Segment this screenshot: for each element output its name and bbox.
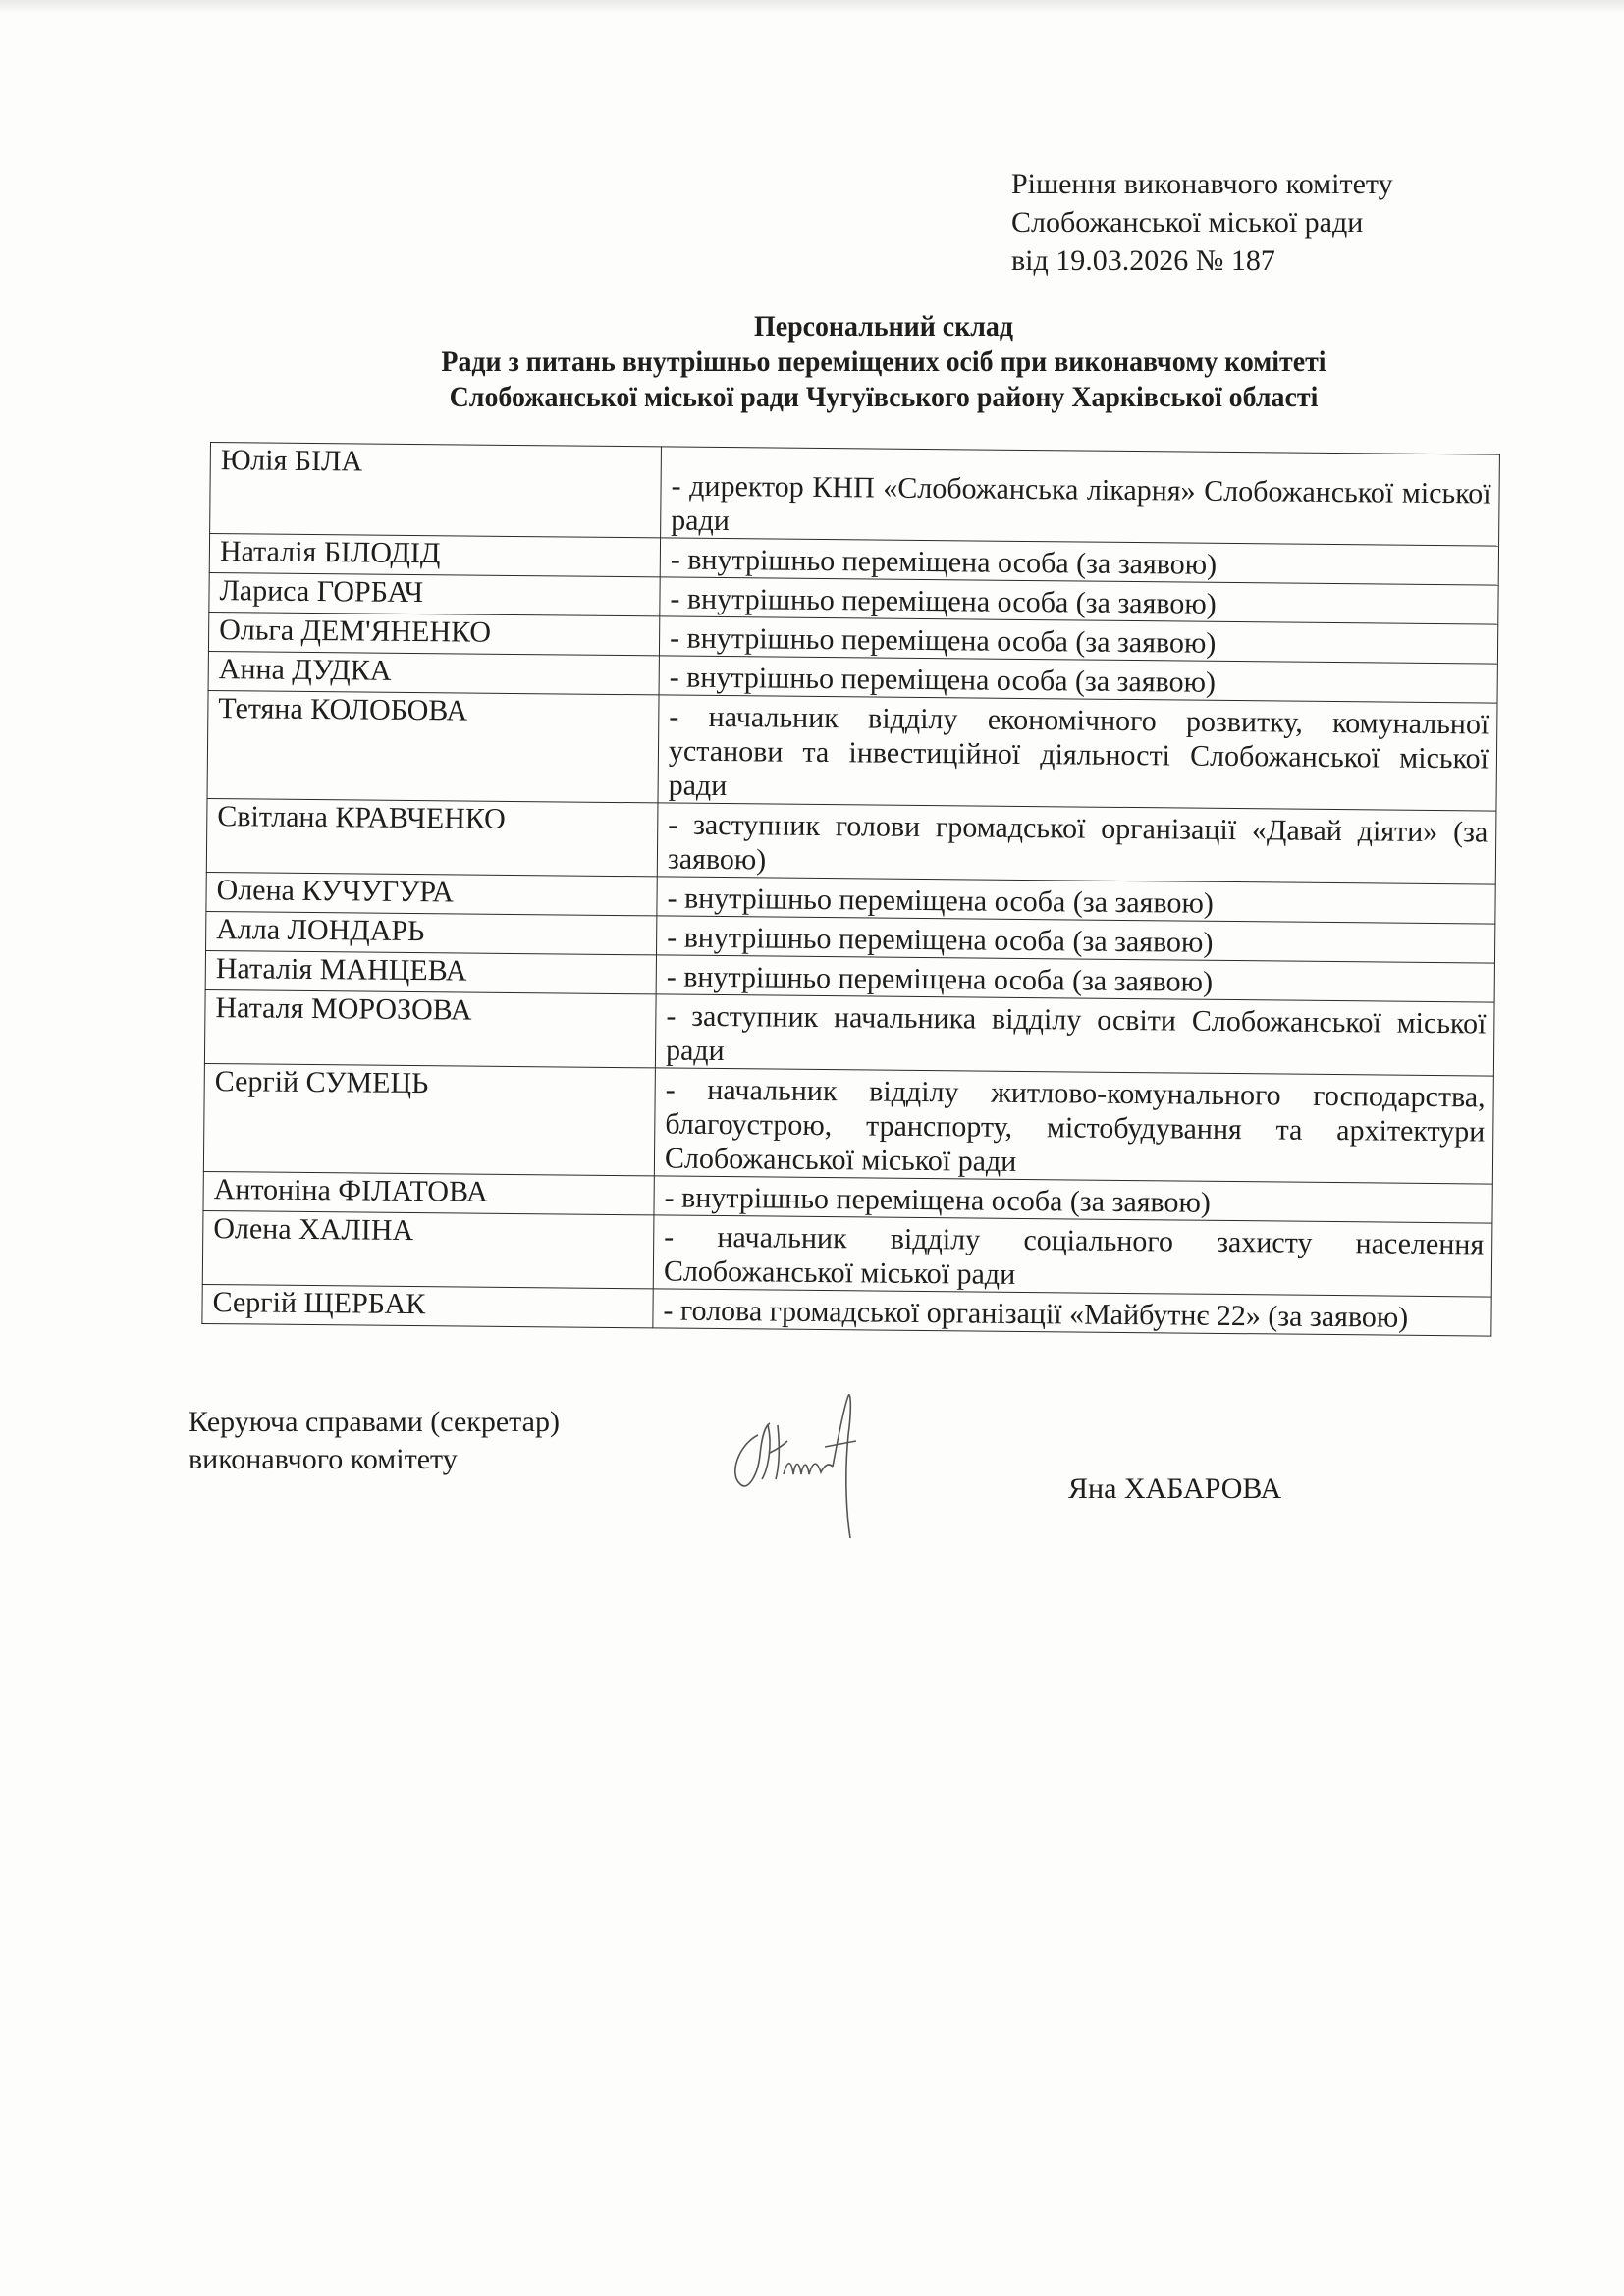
members-table: Юлія БІЛА - директор КНП «Слобожанська л… <box>201 442 1500 1337</box>
member-name: Олена ХАЛІНА <box>202 1210 654 1288</box>
member-name: Анна ДУДКА <box>208 651 659 694</box>
member-role: - начальник відділу соціального захисту … <box>653 1215 1492 1297</box>
member-role: - начальник відділу житлово-комунального… <box>654 1068 1493 1184</box>
member-name: Наталія БІЛОДІД <box>209 534 660 577</box>
table-row: Юлія БІЛА - директор КНП «Слобожанська л… <box>210 443 1500 547</box>
member-name: Алла ЛОНДАРЬ <box>206 911 657 954</box>
member-name: Наталя МОРОЗОВА <box>204 989 656 1067</box>
table-row: Тетяна КОЛОБОВА - начальник відділу екон… <box>207 690 1497 811</box>
signature-block: Керуюча справами (секретар) виконавчого … <box>189 1404 1327 1531</box>
decision-reference: Рішення виконавчого комітету Слобожанськ… <box>1011 165 1393 280</box>
decision-line-1: Рішення виконавчого комітету <box>1011 165 1393 203</box>
member-name: Світлана КРАВЧЕНКО <box>206 798 658 876</box>
table-row: Світлана КРАВЧЕНКО - заступник голови гр… <box>206 798 1496 884</box>
member-name: Тетяна КОЛОБОВА <box>207 690 659 802</box>
scan-edge-shadow <box>0 0 1624 14</box>
member-name: Антоніна ФІЛАТОВА <box>203 1171 654 1214</box>
title-line-2: Ради з питань внутрішньо переміщених осі… <box>291 345 1478 380</box>
table-row: Наталя МОРОЗОВА - заступник начальника в… <box>204 989 1494 1076</box>
handwritten-signature-icon <box>719 1376 915 1543</box>
signatory-position-line-2: виконавчого комітету <box>189 1441 560 1478</box>
member-name: Лариса ГОРБАЧ <box>209 572 660 615</box>
member-role: - начальник відділу економічного розвитк… <box>658 695 1497 811</box>
signatory-position-line-1: Керуюча справами (секретар) <box>189 1404 560 1441</box>
member-role: - голова громадської організації «Майбут… <box>653 1289 1491 1336</box>
title-line-1: Персональний склад <box>291 309 1478 345</box>
members-table-container: Юлія БІЛА - директор КНП «Слобожанська л… <box>201 442 1500 1337</box>
member-name: Ольга ДЕМ'ЯНЕНКО <box>208 612 659 655</box>
member-name: Наталія МАНЦЕВА <box>205 950 656 993</box>
member-role: - заступник начальника відділу освіти Сл… <box>655 994 1494 1076</box>
decision-line-2: Слобожанської міської ради <box>1011 203 1393 241</box>
document-title: Персональний склад Ради з питань внутріш… <box>291 309 1478 415</box>
table-row: Олена ХАЛІНА - начальник відділу соціаль… <box>202 1210 1492 1297</box>
member-name: Сергій СУМЕЦЬ <box>203 1063 655 1175</box>
decision-line-3: від 19.03.2026 № 187 <box>1011 241 1393 280</box>
member-name: Олена КУЧУГУРА <box>206 872 657 915</box>
member-name: Сергій ЩЕРБАК <box>202 1284 653 1327</box>
member-role: - директор КНП «Слобожанська лікарня» Сл… <box>661 447 1500 546</box>
signatory-name: Яна ХАБАРОВА <box>1068 1470 1281 1508</box>
member-role: - заступник голови громадської організац… <box>657 803 1496 884</box>
table-row: Сергій СУМЕЦЬ - начальник відділу житлов… <box>203 1063 1493 1184</box>
title-line-3: Слобожанської міської ради Чугуївського … <box>291 380 1478 415</box>
member-name: Юлія БІЛА <box>210 443 662 538</box>
signatory-position: Керуюча справами (секретар) виконавчого … <box>189 1404 560 1478</box>
